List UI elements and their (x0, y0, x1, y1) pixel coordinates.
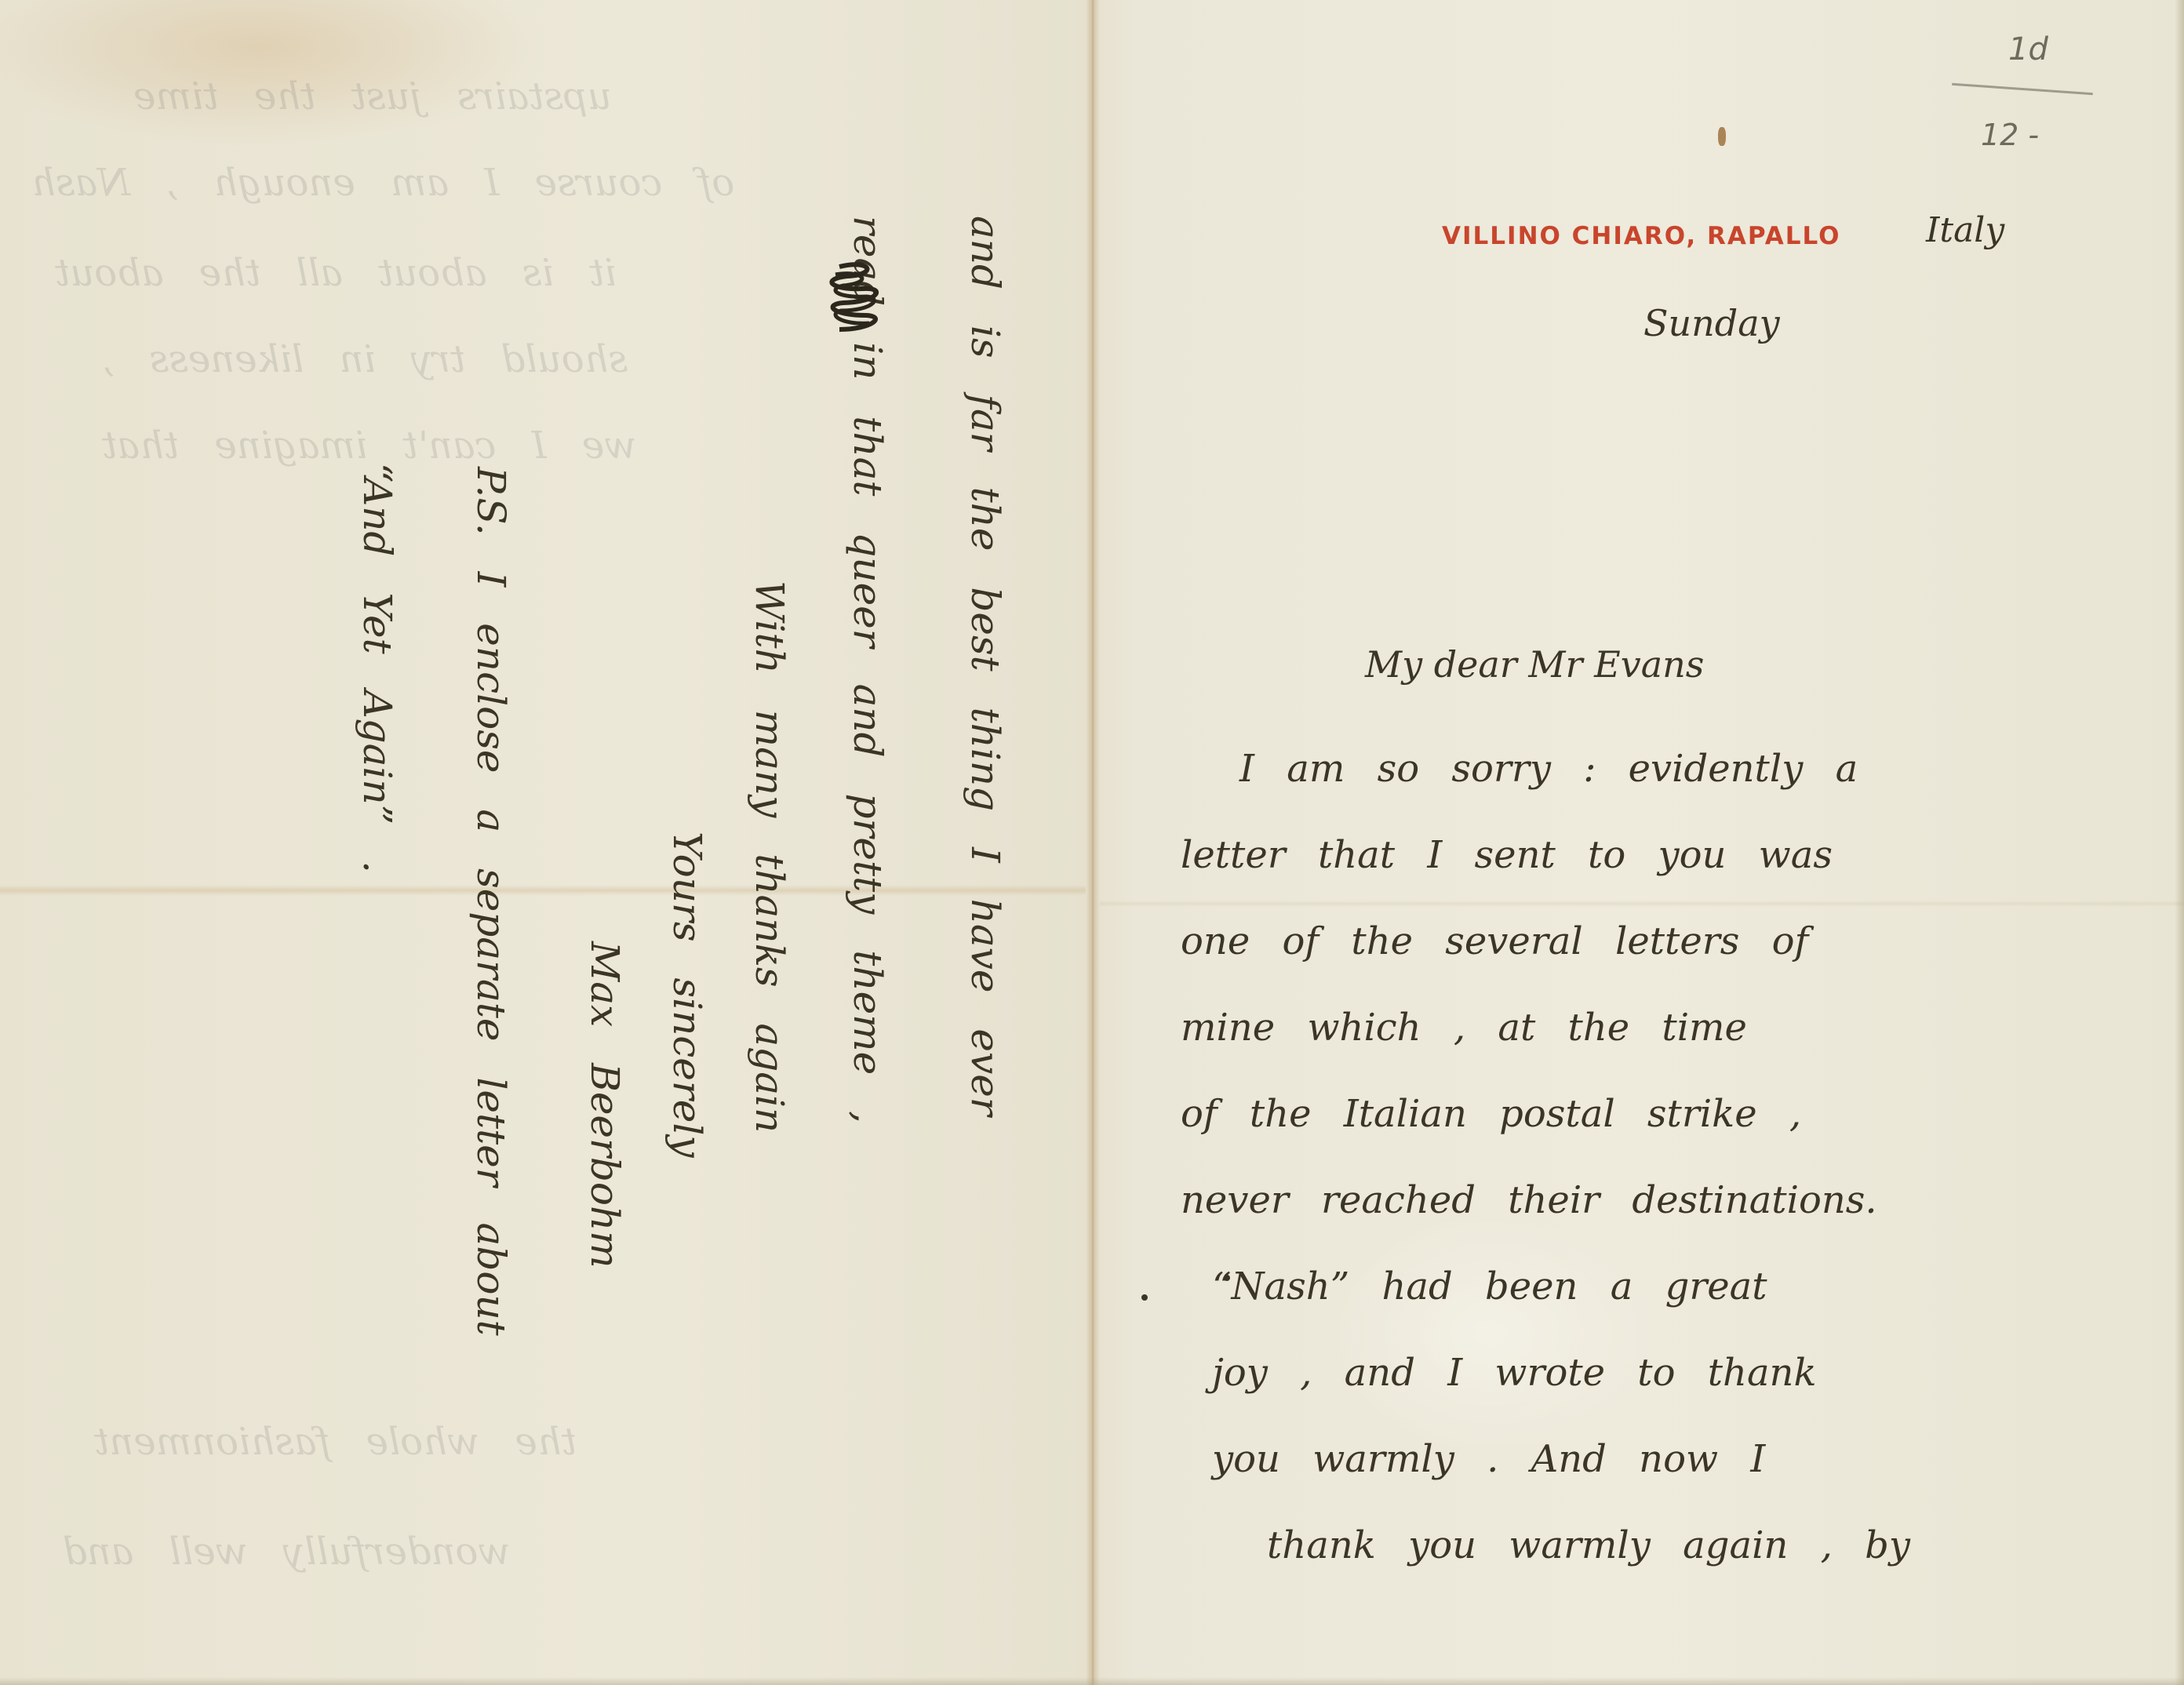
pencil-underline (1952, 83, 2093, 96)
left-line-7: “And Yet Again” . (355, 463, 400, 873)
letterhead-country: Italy (1926, 210, 2004, 250)
body-line: mine which , at the time (1181, 984, 2153, 1071)
salutation: My dear Mr Evans (1365, 643, 1704, 686)
body-line: thank you warmly again , by (1181, 1502, 2153, 1589)
body-line: letter that I sent to you was (1181, 812, 2153, 898)
paper-edge-right (2175, 0, 2184, 1685)
left-line-4: Yours sincerely (664, 832, 710, 1158)
left-line-5: Max Beerbohm (582, 941, 628, 1268)
left-line-3: With many thanks again (747, 580, 792, 1133)
letter-date: Sunday (1643, 302, 1780, 344)
center-fold (1086, 0, 1100, 1685)
body-line: one of the several letters of (1181, 898, 2153, 984)
letter-body: I am so sorry : evidently a letter that … (1181, 726, 2153, 1589)
ink-dot (1141, 1294, 1148, 1301)
letterhead-address: VILLINO CHIARO, RAPALLO (1442, 222, 1840, 250)
letter-scan: upstairs just the time of course I am en… (0, 0, 2184, 1685)
body-line: never reached their destinations. (1181, 1157, 2153, 1243)
ink-dot (1224, 1275, 1230, 1281)
ink-stain (1718, 127, 1726, 146)
body-line: “Nash” had been a great (1181, 1243, 2153, 1330)
pencil-mark-lower: 12 - (1981, 118, 2039, 152)
body-line: you warmly . And now I (1181, 1416, 2153, 1502)
body-line: of the Italian postal strike , (1181, 1071, 2153, 1157)
left-line-1: and is far the best thing I have ever (963, 216, 1008, 1116)
body-line: I am so sorry : evidently a (1181, 726, 2153, 812)
left-line-2: read in that queer and pretty theme , (845, 216, 890, 1123)
scribble-strikeout-icon (824, 259, 886, 337)
left-page: and is far the best thing I have ever re… (0, 0, 1086, 1685)
body-line: joy , and I wrote to thank (1181, 1330, 2153, 1416)
left-line-6: P.S. I enclose a separate letter about (468, 467, 514, 1336)
pencil-mark-upper: 1d (2008, 31, 2048, 67)
